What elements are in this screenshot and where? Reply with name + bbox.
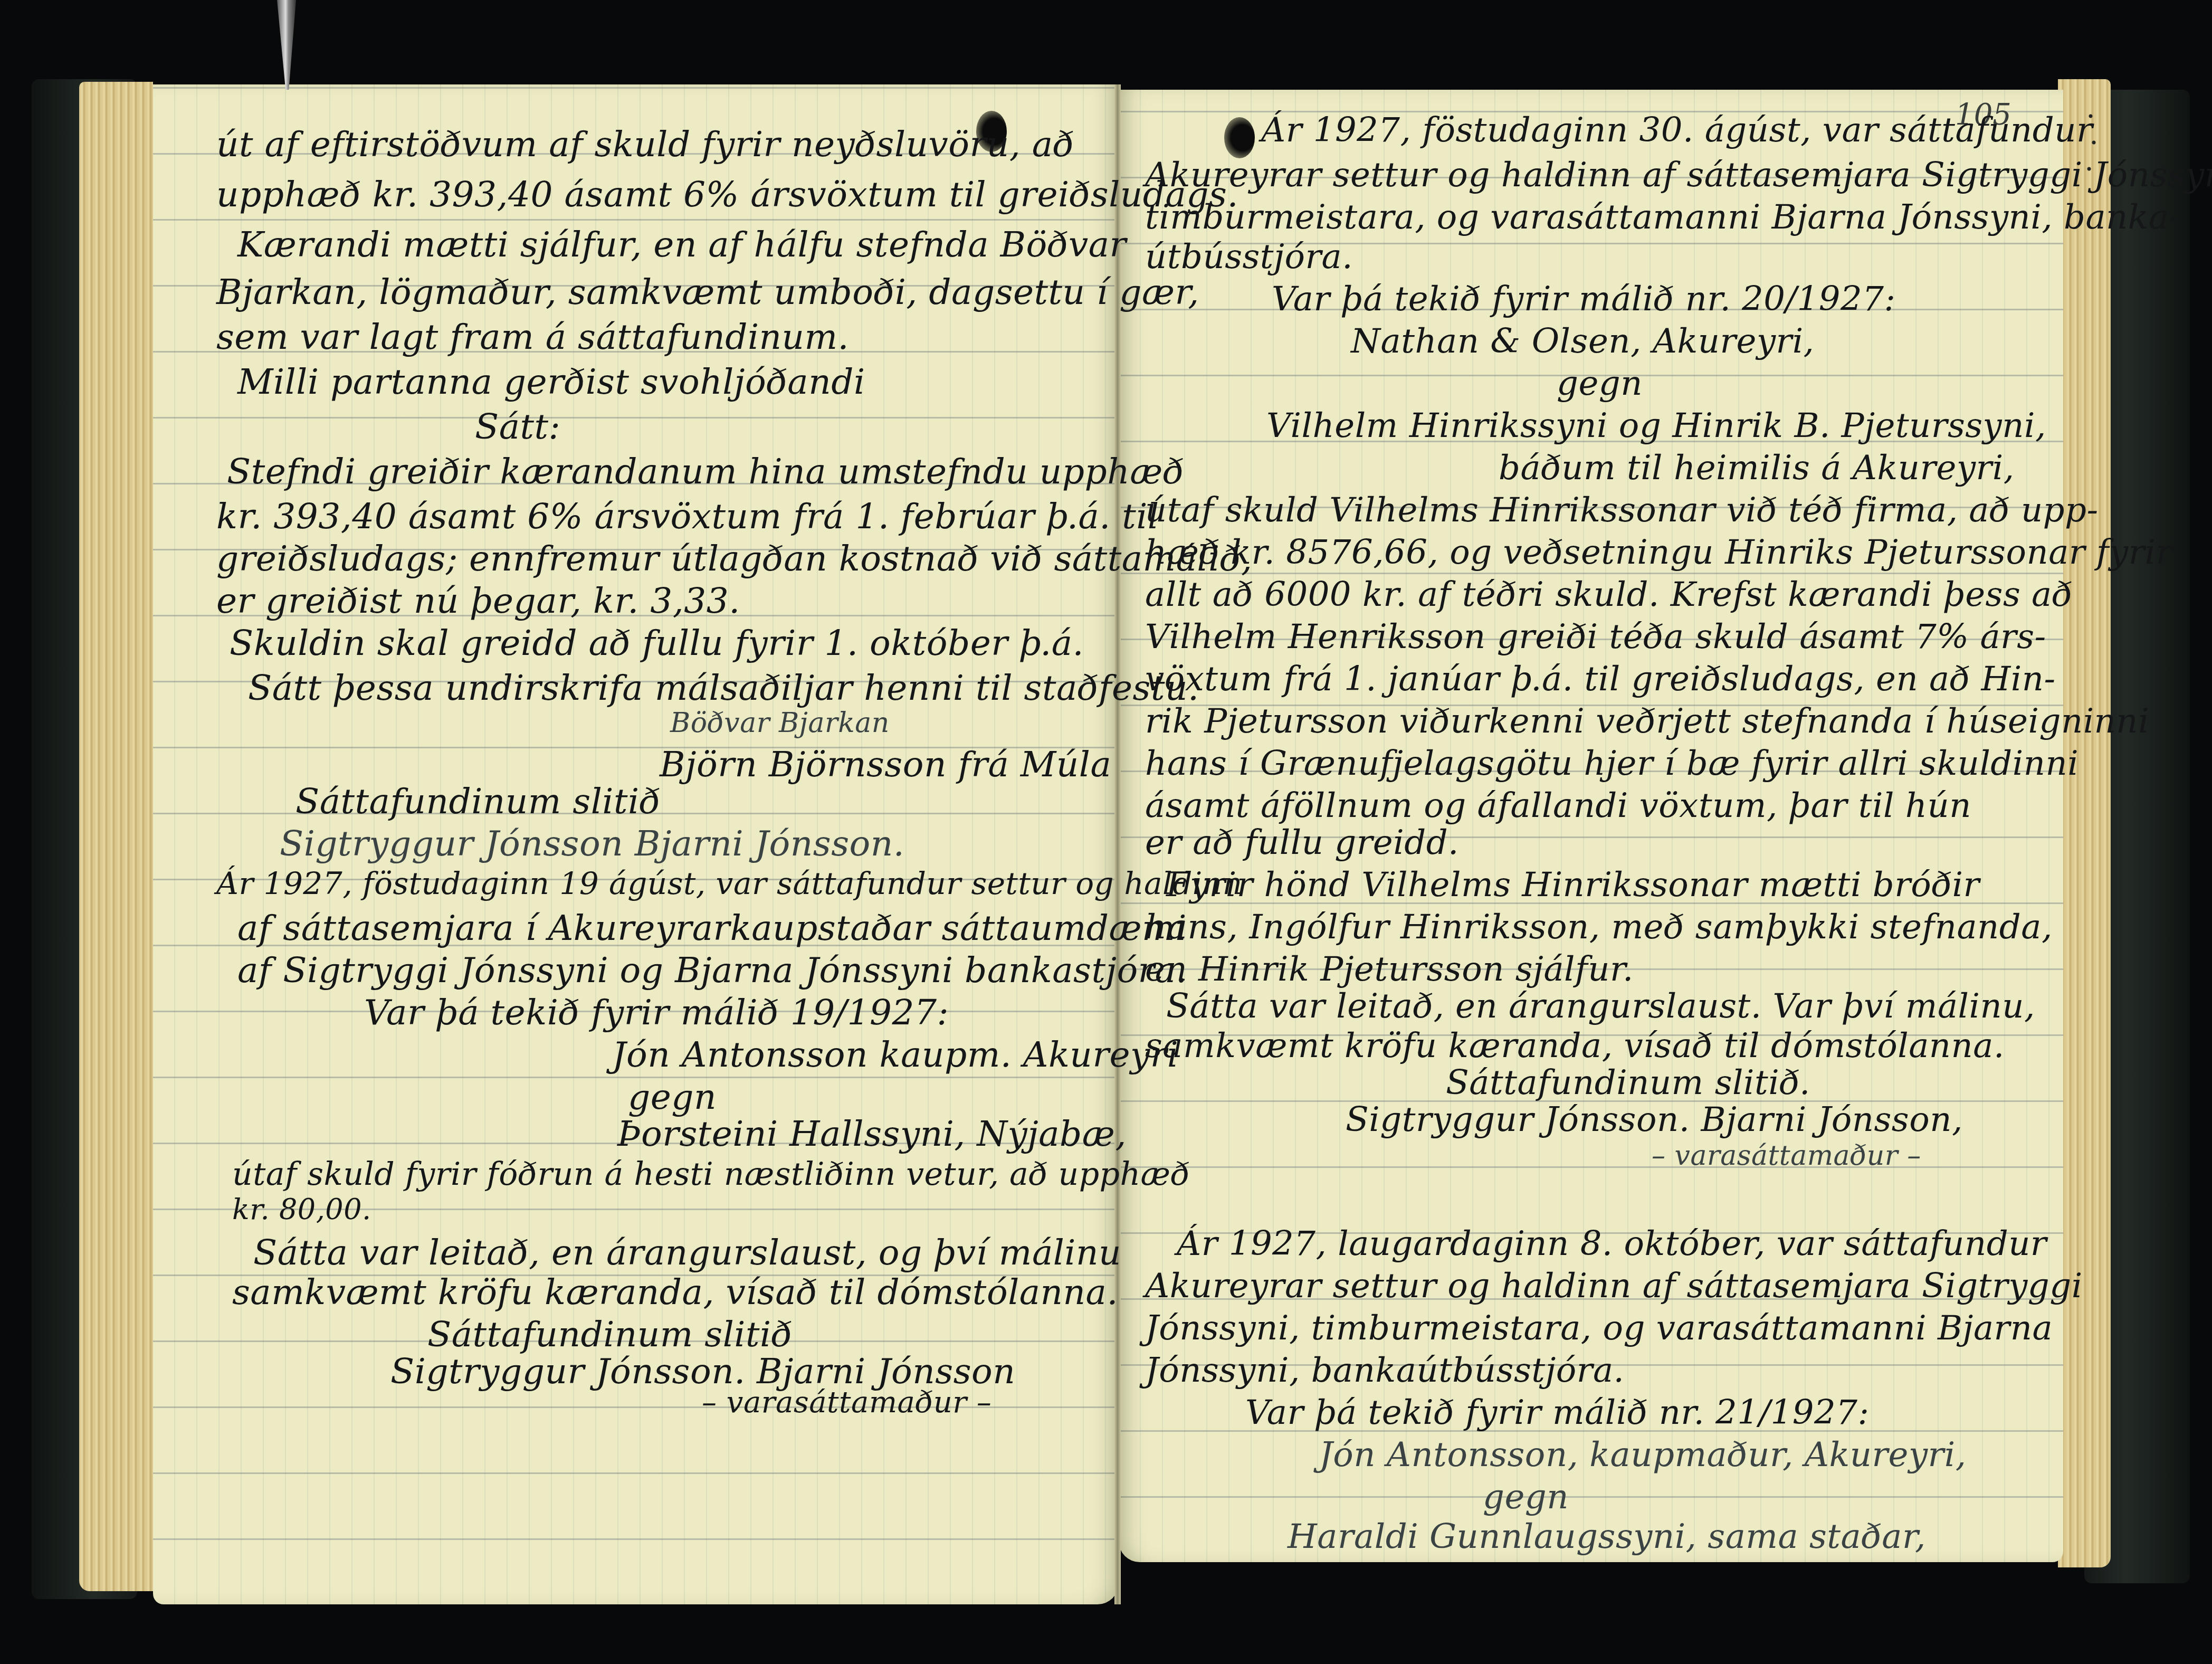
text-line: Ár 1927, föstudaginn 30. ágúst, var sátt… xyxy=(1261,111,2093,150)
text-line: Var þá tekið fyrir málið nr. 20/1927: xyxy=(1272,280,1896,319)
text-line: Stefndi greiðir kærandanum hina umstefnd… xyxy=(227,451,1184,492)
text-line: gegn xyxy=(628,1077,717,1117)
binding-hole-right xyxy=(1224,117,1255,158)
signature: Björn Björnsson frá Múla xyxy=(660,744,1111,785)
text-line: Jónssyni, bankaútbússtjóra. xyxy=(1145,1351,1624,1390)
signature: Böðvar Bjarkan xyxy=(670,707,890,739)
text-line: vöxtum frá 1. janúar þ.á. til greiðsluda… xyxy=(1145,660,2056,699)
text-line: Bjarkan, lögmaður, samkvæmt umboði, dags… xyxy=(216,272,1199,312)
text-line: Var þá tekið fyrir málið 19/1927: xyxy=(364,992,949,1033)
text-line: Ár 1927, laugardaginn 8. október, var sá… xyxy=(1177,1224,2047,1263)
page-edges-right xyxy=(2058,79,2111,1567)
text-line: kr. 80,00. xyxy=(232,1193,371,1226)
page-clip-pointer xyxy=(277,0,296,90)
text-line: útaf skuld fyrir fóðrun á hesti næstliði… xyxy=(232,1156,1190,1193)
text-line: sem var lagt fram á sáttafundinum. xyxy=(216,317,849,357)
text-line: Fyrir hönd Vilhelms Hinrikssonar mætti b… xyxy=(1166,866,1979,905)
signature: Sigtryggur Jónsson. Bjarni Jónsson, xyxy=(1346,1100,1963,1139)
text-line: út af eftirstöðvum af skuld fyrir neyðsl… xyxy=(216,124,1074,165)
text-line: Sáttafundinum slitið. xyxy=(1446,1063,1810,1102)
text-line: Sátta var leitað, en árangurslaust. Var … xyxy=(1166,987,2035,1026)
text-line: Sátta var leitað, en árangurslaust, og þ… xyxy=(253,1232,1121,1273)
text-line: greiðsludags; ennfremur útlagðan kostnað… xyxy=(216,538,1252,579)
text-line: Sáttafundinum slitið xyxy=(295,781,661,822)
text-line: Jónssyni, timburmeistara, og varasáttama… xyxy=(1145,1309,2053,1348)
text-line: allt að 6000 kr. af téðri skuld. Krefst … xyxy=(1145,575,2073,614)
text-line: Kærandi mætti sjálfur, en af hálfu stefn… xyxy=(237,224,1127,265)
book-gutter xyxy=(1114,84,1121,1604)
text-line: kr. 393,40 ásamt 6% ársvöxtum frá 1. feb… xyxy=(216,496,1159,537)
text-line: hans, Ingólfur Hinriksson, með samþykki … xyxy=(1145,908,2053,947)
text-line: ásamt áföllnum og áfallandi vöxtum, þar … xyxy=(1145,786,1971,825)
text-line: Akureyrar settur og haldinn af sáttasemj… xyxy=(1145,1267,2083,1306)
text-line: Haraldi Gunnlaugssyni, sama staðar, xyxy=(1288,1517,1926,1556)
text-line: gegn xyxy=(1557,364,1643,403)
signature-title: – varasáttamaður – xyxy=(1652,1140,1921,1172)
text-line: Milli partanna gerðist svohljóðandi xyxy=(237,362,865,402)
text-line: útaf skuld Vilhelms Hinrikssonar við téð… xyxy=(1145,491,2099,530)
text-line: Skuldin skal greidd að fullu fyrir 1. ok… xyxy=(230,623,1084,663)
text-line: hæð kr. 8576,66, og veðsetningu Hinriks … xyxy=(1145,533,2172,572)
text-line: Jón Antonsson kaupm. Akureyri xyxy=(612,1034,1178,1075)
page-edges-left xyxy=(79,82,153,1591)
text-line: Jón Antonsson, kaupmaður, Akureyri, xyxy=(1319,1435,1967,1475)
text-line: Akureyrar settur og haldinn af sáttasemj… xyxy=(1145,156,2212,195)
text-line: samkvæmt kröfu kæranda, vísað til dómstó… xyxy=(1145,1026,2005,1066)
text-line: Sátt þessa undirskrifa málsaðiljar henni… xyxy=(248,668,1199,708)
text-line: Vilhelm Hinrikssyni og Hinrik B. Pjeturs… xyxy=(1266,406,2046,445)
signature-title: – varasáttamaður – xyxy=(702,1385,991,1420)
text-line: báðum til heimilis á Akureyri, xyxy=(1499,449,2015,488)
text-line: timburmeistara, og varasáttamanni Bjarna… xyxy=(1145,198,2181,237)
text-line: en Hinrik Pjetursson sjálfur. xyxy=(1145,950,1634,989)
text-line: Sáttafundinum slitið xyxy=(427,1314,793,1355)
text-line: hans í Grænufjelagsgötu hjer í bæ fyrir … xyxy=(1145,744,2078,783)
text-line: Nathan & Olsen, Akureyri, xyxy=(1351,322,1814,361)
text-line: af Sigtryggi Jónssyni og Bjarna Jónssyni… xyxy=(237,950,1187,991)
signature: Sigtryggur Jónsson Bjarni Jónsson. xyxy=(280,823,904,864)
text-line: gegn xyxy=(1483,1478,1569,1517)
text-line: Þorsteini Hallssyni, Nýjabæ, xyxy=(617,1114,1127,1154)
text-line: Var þá tekið fyrir málið nr. 21/1927: xyxy=(1245,1393,1870,1432)
text-line: af sáttasemjara í Akureyrarkaupstaðar sá… xyxy=(237,908,1187,948)
text-line: er að fullu greidd. xyxy=(1145,823,1459,862)
text-line: Ár 1927, föstudaginn 19 ágúst, var sátta… xyxy=(216,866,1243,901)
text-line: útbússtjóra. xyxy=(1145,237,1353,277)
text-line: Vilhelm Henriksson greiði téða skuld ása… xyxy=(1145,617,2046,657)
text-line: samkvæmt kröfu kæranda, vísað til dómstó… xyxy=(232,1272,1118,1313)
text-line: Sátt: xyxy=(475,406,560,447)
text-line: rik Pjetursson viðurkenni veðrjett stefn… xyxy=(1145,702,2149,741)
text-line: er greiðist nú þegar, kr. 3,33. xyxy=(216,581,740,621)
text-line: upphæð kr. 393,40 ásamt 6% ársvöxtum til… xyxy=(216,174,1238,215)
